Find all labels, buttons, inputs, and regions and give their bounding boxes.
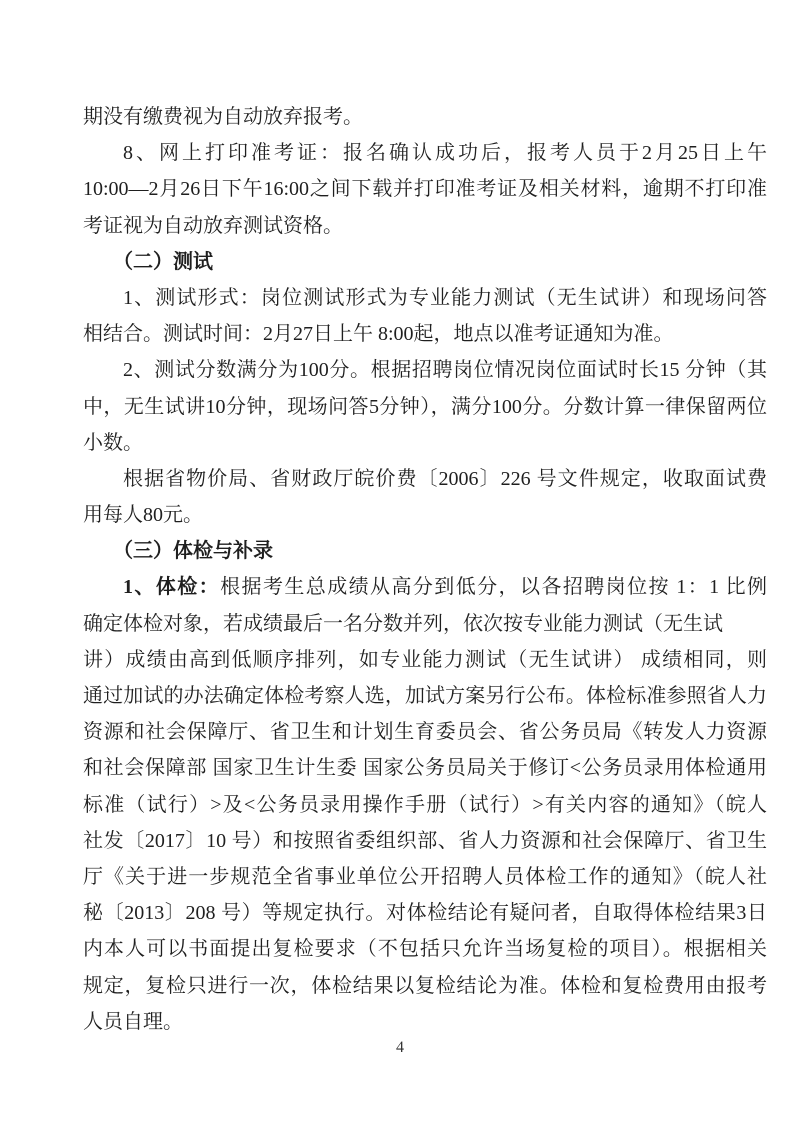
text-line: 确定体检对象，若成绩最后一名分数并列，依次按专业能力测试（无生试 [83, 606, 767, 642]
text-run: 中，无生试讲10分钟，现场问答5分钟），满分100分。分数计算一律保留两位 [83, 396, 767, 418]
para-payment-deadline-continuation: 期没有缴费视为自动放弃报考。 [83, 99, 767, 135]
text-run: 厅《关于进一步规范全省事业单位公开招聘人员体检工作的通知》（皖人社 [83, 866, 767, 888]
text-line: 人员自理。 [83, 1004, 767, 1040]
text-line: 2、测试分数满分为100分。根据招聘岗位情况岗位面试时长15 分钟（其 [83, 352, 767, 388]
text-run: 规定，复检只进行一次，体检结果以复检结论为准。体检和复检费用由报考 [83, 975, 767, 997]
text-run: 资源和社会保障厅、省卫生和计划生育委员会、省公务员局《转发人力资源 [83, 721, 767, 743]
text-run: 社发〔2017〕10 号）和按照省委组织部、省人力资源和社会保障厅、省卫生 [83, 830, 767, 852]
text-run: （二）测试 [113, 251, 213, 273]
text-line: 社发〔2017〕10 号）和按照省委组织部、省人力资源和社会保障厅、省卫生 [83, 823, 767, 859]
text-run: 考证视为自动放弃测试资格。 [83, 215, 343, 237]
text-run: 8、网上打印准考证：报名确认成功后，报考人员于2月25日上午 [123, 142, 767, 164]
text-line: 用每人80元。 [83, 497, 767, 533]
para-test-score: 2、测试分数满分为100分。根据招聘岗位情况岗位面试时长15 分钟（其中，无生试… [83, 352, 767, 461]
document-content: 期没有缴费视为自动放弃报考。8、网上打印准考证：报名确认成功后，报考人员于2月2… [83, 99, 767, 1040]
text-line: 通过加试的办法确定体检考察人选，加试方案另行公布。体检标准参照省人力 [83, 678, 767, 714]
text-line: 和社会保障部 国家卫生计生委 国家公务员局关于修订<公务员录用体检通用 [83, 750, 767, 786]
para-print-admission-ticket: 8、网上打印准考证：报名确认成功后，报考人员于2月25日上午10:00—2月26… [83, 135, 767, 244]
text-line: 相结合。测试时间：2月27日上午 8:00起，地点以准考证通知为准。 [83, 316, 767, 352]
text-line: 规定，复检只进行一次，体检结果以复检结论为准。体检和复检费用由报考 [83, 968, 767, 1004]
text-line: 期没有缴费视为自动放弃报考。 [83, 99, 767, 135]
text-run: 用每人80元。 [83, 504, 203, 526]
text-line: 秘〔2013〕208 号）等规定执行。对体检结论有疑问者，自取得体检结果3日 [83, 895, 767, 931]
text-line: 资源和社会保障厅、省卫生和计划生育委员会、省公务员局《转发人力资源 [83, 714, 767, 750]
text-run: 10:00—2月26日下午16:00之间下载并打印准考证及相关材料，逾期不打印准 [83, 178, 767, 200]
section-heading: （二）测试 [83, 244, 767, 280]
text-run: 相结合。测试时间：2月27日上午 8:00起，地点以准考证通知为准。 [83, 323, 674, 345]
text-line: 1、体检：根据考生总成绩从高分到低分，以各招聘岗位按 1：1 比例 [83, 569, 767, 605]
para-physical-exam: 1、体检：根据考生总成绩从高分到低分，以各招聘岗位按 1：1 比例确定体检对象，… [83, 569, 767, 1039]
text-run: 根据考生总成绩从高分到低分，以各招聘岗位按 1：1 比例 [220, 576, 767, 598]
text-line: 中，无生试讲10分钟，现场问答5分钟），满分100分。分数计算一律保留两位 [83, 389, 767, 425]
heading-section-2-test: （二）测试 [83, 244, 767, 280]
para-interview-fee: 根据省物价局、省财政厅皖价费〔2006〕226 号文件规定，收取面试费用每人80… [83, 461, 767, 533]
para-test-format: 1、测试形式：岗位测试形式为专业能力测试（无生试讲）和现场问答相结合。测试时间：… [83, 280, 767, 352]
text-run: 2、测试分数满分为100分。根据招聘岗位情况岗位面试时长15 分钟（其 [123, 359, 767, 381]
text-run: 标准（试行）>及<公务员录用操作手册（试行）>有关内容的通知》（皖人 [83, 794, 767, 816]
page-number: 4 [0, 1038, 800, 1058]
text-line: 10:00—2月26日下午16:00之间下载并打印准考证及相关材料，逾期不打印准 [83, 171, 767, 207]
text-line: 讲）成绩由高到低顺序排列，如专业能力测试（无生试讲） 成绩相同，则 [83, 642, 767, 678]
text-run: 内本人可以书面提出复检要求（不包括只允许当场复检的项目）。根据相关 [83, 938, 767, 960]
text-line: 标准（试行）>及<公务员录用操作手册（试行）>有关内容的通知》（皖人 [83, 787, 767, 823]
text-line: 根据省物价局、省财政厅皖价费〔2006〕226 号文件规定，收取面试费 [83, 461, 767, 497]
text-line: 8、网上打印准考证：报名确认成功后，报考人员于2月25日上午 [83, 135, 767, 171]
section-heading: （三）体检与补录 [83, 533, 767, 569]
text-line: 小数。 [83, 425, 767, 461]
text-run: 秘〔2013〕208 号）等规定执行。对体检结论有疑问者，自取得体检结果3日 [83, 902, 767, 924]
text-line: 内本人可以书面提出复检要求（不包括只允许当场复检的项目）。根据相关 [83, 931, 767, 967]
text-run: 通过加试的办法确定体检考察人选，加试方案另行公布。体检标准参照省人力 [83, 685, 767, 707]
text-line: 考证视为自动放弃测试资格。 [83, 208, 767, 244]
text-run: 根据省物价局、省财政厅皖价费〔2006〕226 号文件规定，收取面试费 [123, 468, 767, 490]
document-page: 期没有缴费视为自动放弃报考。8、网上打印准考证：报名确认成功后，报考人员于2月2… [0, 0, 800, 1131]
text-run: 和社会保障部 国家卫生计生委 国家公务员局关于修订<公务员录用体检通用 [83, 757, 767, 779]
text-line: 厅《关于进一步规范全省事业单位公开招聘人员体检工作的通知》（皖人社 [83, 859, 767, 895]
text-run: 讲）成绩由高到低顺序排列，如专业能力测试（无生试讲） 成绩相同，则 [83, 649, 767, 671]
text-run: 确定体检对象，若成绩最后一名分数并列，依次按专业能力测试（无生试 [83, 613, 723, 635]
text-run: （三）体检与补录 [113, 540, 273, 562]
text-run: 小数。 [83, 432, 143, 454]
text-run: 1、体检： [123, 576, 220, 598]
text-run: 1、测试形式：岗位测试形式为专业能力测试（无生试讲）和现场问答 [123, 287, 767, 309]
heading-section-3-physical-exam: （三）体检与补录 [83, 533, 767, 569]
text-run: 人员自理。 [83, 1011, 183, 1033]
text-line: 1、测试形式：岗位测试形式为专业能力测试（无生试讲）和现场问答 [83, 280, 767, 316]
text-run: 期没有缴费视为自动放弃报考。 [83, 106, 363, 128]
